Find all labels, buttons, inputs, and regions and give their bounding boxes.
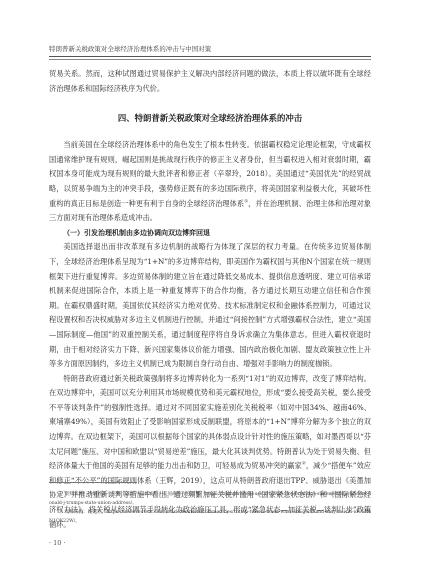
footnotes: ① 资料来源：特朗普第一任期（2017—2021年）美国政府白宫官网，https… xyxy=(49,490,371,526)
body-text: 贸易关系。然而，这种试图通过贸易保护主义解决内部经济问题的做法，本质上将以破坏既… xyxy=(49,67,371,532)
header-rule-thin xyxy=(49,59,371,60)
footnote-text: 资料来源：路透社，https://www.reuters.com/article… xyxy=(49,510,371,524)
subsection-heading: （一）引发治理机制由多边协调向双边博弈回退 xyxy=(49,226,371,241)
footnote-2: ② 资料来源：路透社，https://www.reuters.com/artic… xyxy=(49,508,371,526)
paragraph-2: 美国选择退出而非改革现有多边机制的战略行为体现了深层的权力考量。在传统多边贸易体… xyxy=(49,240,371,371)
footnote-separator xyxy=(49,482,137,483)
paragraph-text: 特朗普政府通过新关税政策强制将多边博弈转化为一系列“1对1”的双边博弈，改变了博… xyxy=(49,374,371,471)
footnote-marker: ② xyxy=(58,510,63,515)
footnote-marker: ① xyxy=(58,492,63,497)
section-intro-paragraph: 当前美国在全球经济治理体系中的角色发生了根本性转变。依据霸权稳定论理论框架，守成… xyxy=(49,138,371,226)
footnote-1: ① 资料来源：特朗普第一任期（2017—2021年）美国政府白宫官网，https… xyxy=(49,490,371,508)
page-number: · 10 · xyxy=(49,539,66,547)
header-rule-thick xyxy=(49,56,371,57)
running-header: 特朗普新关税政策对全球经济治理体系的冲击与中国对策 xyxy=(49,44,371,53)
opening-paragraph: 贸易关系。然而，这种试图通过贸易保护主义解决内部经济问题的做法，本质上将以破坏既… xyxy=(49,67,371,96)
footnote-text: 资料来源：特朗普第一任期（2017—2021年）美国政府白宫官网，https:/… xyxy=(49,492,371,506)
section-heading: 四、特朗普新关税政策对全球经济治理体系的冲击 xyxy=(49,111,371,125)
paragraph-text: 当前美国在全球经济治理体系中的角色发生了根本性转变。依据霸权稳定论理论框架，守成… xyxy=(49,140,371,207)
